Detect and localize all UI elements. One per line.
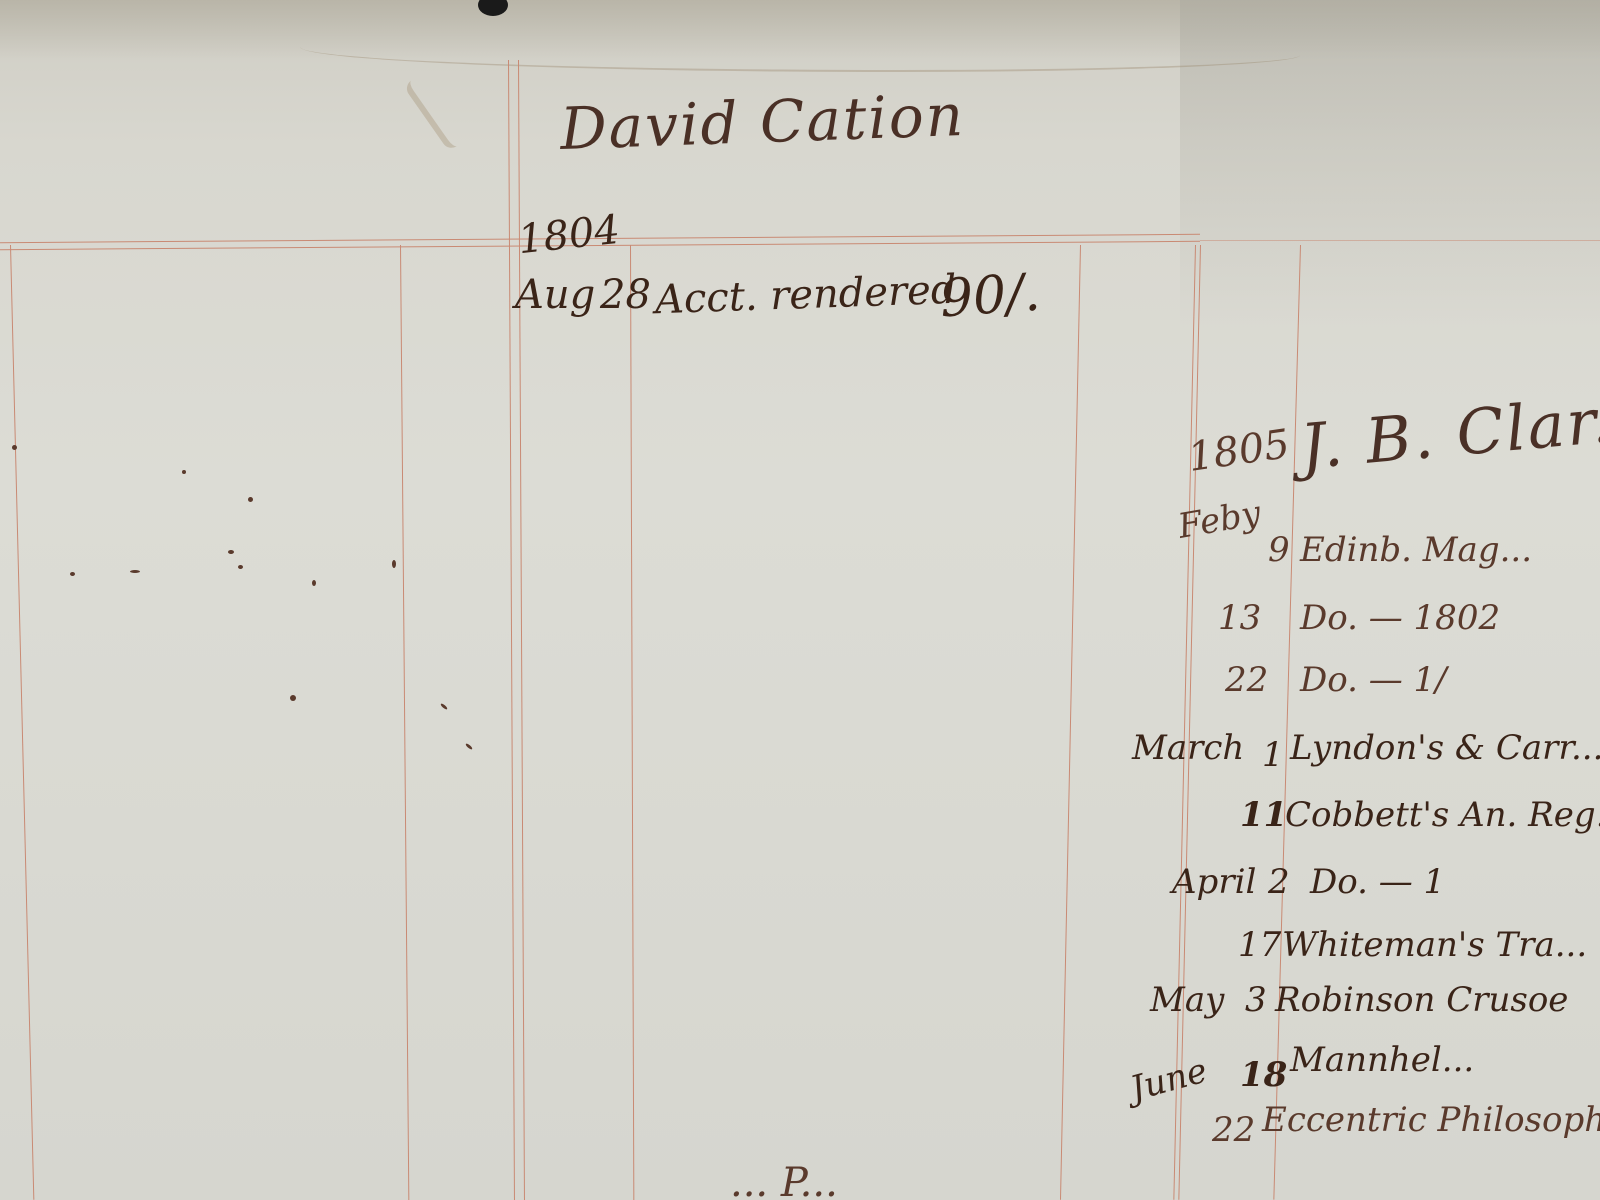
amount-column-rule xyxy=(1060,245,1081,1200)
ledger-row-month: June xyxy=(1126,1051,1211,1110)
ledger-row-desc: Edinb. Mag... xyxy=(1300,530,1532,570)
entry-year-right: 1805 xyxy=(1185,421,1292,481)
ledger-row-desc: Eccentric Philosoph... xyxy=(1262,1100,1600,1140)
ledger-row-day: 9 xyxy=(1268,530,1290,570)
ledger-row-desc: Do. — 1802 xyxy=(1300,598,1500,638)
ledger-row-desc: Do. — 1 xyxy=(1310,862,1445,902)
ledger-row-month: April xyxy=(1172,862,1256,902)
ledger-row-day: 17 xyxy=(1238,925,1281,965)
entry-amount: 90/. xyxy=(938,263,1042,330)
ledger-row-desc: Do. — 1/ xyxy=(1300,660,1447,700)
ink-speck xyxy=(12,445,17,450)
ink-speck xyxy=(70,572,75,576)
ledger-row-day: 22 xyxy=(1212,1110,1255,1150)
ink-speck xyxy=(392,560,396,568)
ledger-row-day: 3 xyxy=(1245,980,1267,1020)
date-column-rule xyxy=(630,245,634,1200)
ledger-row-day: 2 xyxy=(1268,862,1290,902)
column-rule xyxy=(508,60,515,1200)
ink-speck xyxy=(465,743,473,750)
margin-rule xyxy=(10,245,34,1200)
ledger-row-desc: Whiteman's Tra... xyxy=(1282,925,1587,965)
ledger-row-desc: Cobbett's An. Reg. xyxy=(1285,795,1600,835)
ink-speck xyxy=(182,470,186,474)
ledger-row-day: 11 xyxy=(1240,795,1287,835)
entry-day: 28 xyxy=(600,272,651,318)
ledger-row-month: March xyxy=(1132,728,1244,768)
ink-speck xyxy=(440,703,448,710)
partial-bottom-text: ... P... xyxy=(730,1160,838,1200)
ledger-row-month: May xyxy=(1150,980,1224,1020)
ink-speck xyxy=(290,695,296,701)
ledger-row-day: 13 xyxy=(1218,598,1261,638)
ledger-row-day: 22 xyxy=(1225,660,1268,700)
ledger-row-day: 18 xyxy=(1240,1055,1287,1095)
ledger-row-desc: Robinson Crusoe xyxy=(1275,980,1568,1020)
ledger-row-day: 1 xyxy=(1262,735,1284,775)
ink-speck xyxy=(238,565,243,569)
entry-month: Aug xyxy=(515,272,595,318)
entry-year: 1804 xyxy=(516,207,622,263)
ledger-row-desc: Lyndon's & Carr... xyxy=(1290,728,1600,768)
account-name-right: J. B. Clar... xyxy=(1297,380,1600,484)
ink-speck xyxy=(130,570,140,573)
ledger-row-desc: Mannhel... xyxy=(1290,1040,1474,1080)
right-header-rule xyxy=(1200,240,1600,241)
ledger-page: David Cation 1804 Aug 28 Acct. rendered … xyxy=(0,0,1600,1200)
ink-speck xyxy=(228,550,234,554)
ink-speck xyxy=(312,580,316,586)
column-rule xyxy=(400,245,409,1200)
entry-description: Acct. rendered xyxy=(654,267,957,323)
account-name: David Cation xyxy=(559,81,966,163)
ink-speck xyxy=(248,497,253,502)
